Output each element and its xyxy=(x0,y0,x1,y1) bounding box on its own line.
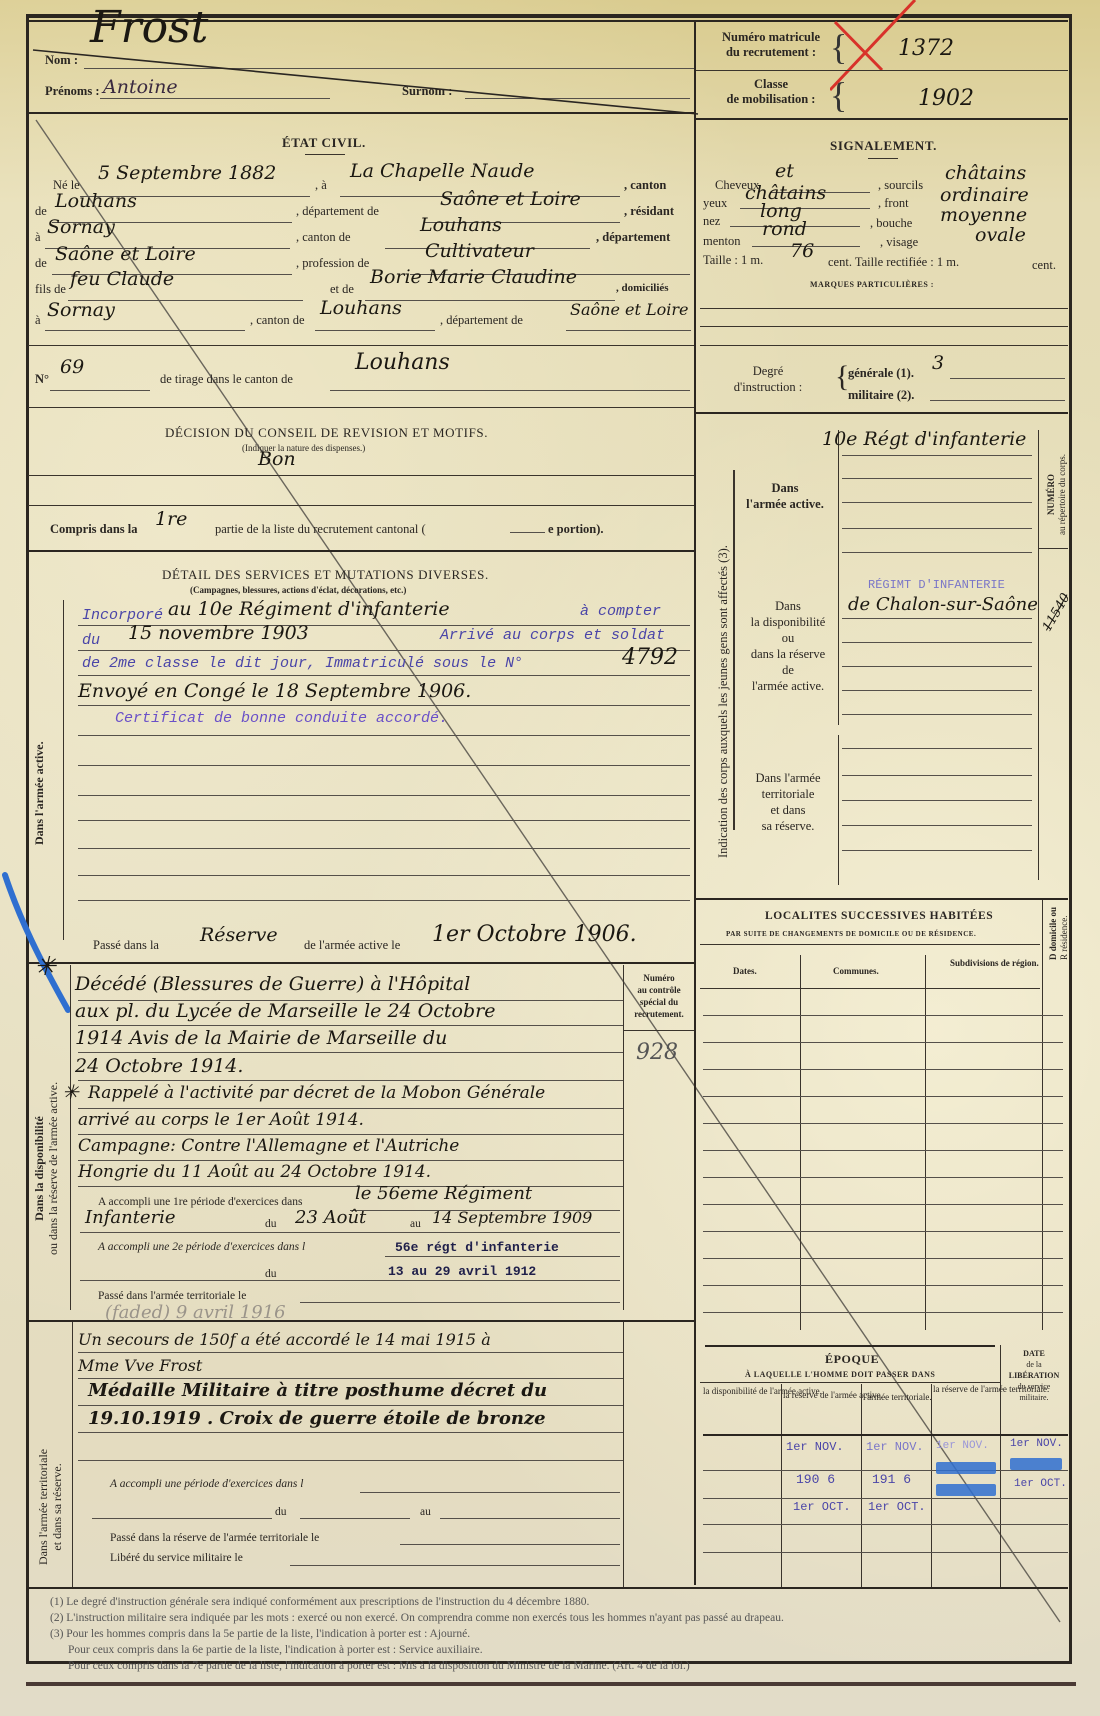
profession: Cultivateur xyxy=(425,240,534,262)
visage-value: ovale xyxy=(975,224,1026,246)
epoque-reserve-territoriale-1: 1er NOV. xyxy=(936,1440,989,1452)
etat-civil-title: ÉTAT CIVIL. xyxy=(282,135,366,151)
parents-canton: Louhans xyxy=(320,297,402,319)
localites-col-dates: Dates. xyxy=(733,966,757,976)
instruction-label: Degréd'instruction : xyxy=(718,363,818,395)
mother-name: Borie Marie Claudine xyxy=(370,266,577,288)
classe-label: Classede mobilisation : xyxy=(706,77,836,107)
periode1-value: le 56eme Régiment xyxy=(355,1183,532,1204)
footnote-1: (1) Le degré d'instruction générale sera… xyxy=(50,1596,589,1608)
epoque-territoriale-3: 1er OCT. xyxy=(868,1500,926,1514)
epoque-reserve-active-3: 1er OCT. xyxy=(793,1500,851,1514)
footnote-2: (2) L'instruction militaire sera indiqué… xyxy=(50,1612,784,1624)
taille-value: 76 xyxy=(790,240,814,262)
parents-residence: Sornay xyxy=(47,299,115,321)
disponibilite-line-7: Campagne: Contre l'Allemagne et l'Autric… xyxy=(78,1136,459,1156)
birthplace: La Chapelle Naude xyxy=(350,160,535,182)
liberation-3: 1er OCT. xyxy=(1014,1478,1067,1490)
signalement-title: SIGNALEMENT. xyxy=(830,138,937,154)
liberation-label: DATE de la LIBÉRATION du service militai… xyxy=(1004,1348,1064,1403)
periode1-du: 23 Août xyxy=(295,1207,366,1228)
periode2-dates: 13 au 29 avril 1912 xyxy=(388,1264,536,1279)
certificat-stamp: Certificat de bonne conduite accordé. xyxy=(115,710,448,727)
disponibilite-line-1: Décédé (Blessures de Guerre) à l'Hôpital xyxy=(75,973,470,995)
marques-label: MARQUES PARTICULIÈRES : xyxy=(810,280,934,289)
localites-col-subdivisions: Subdivisions de région. xyxy=(950,958,1020,969)
disponibilite-line-6: arrivé au corps le 1er Août 1914. xyxy=(78,1110,364,1130)
epoque-col-reserve-active: la réserve de l'armée active. xyxy=(783,1390,861,1401)
localites-side-label: D domicile ouR résidence. xyxy=(1048,907,1070,960)
instruction-generale-value: 3 xyxy=(932,352,944,374)
territoriale-line-1: Un secours de 150f a été accordé le 14 m… xyxy=(78,1330,491,1349)
passe-reserve-date: 1er Octobre 1906. xyxy=(432,922,637,947)
disponibilite-side-label: Dans la disponibilitéou dans la réserve … xyxy=(32,1082,60,1255)
epoque-col-reserve-territoriale: la réserve de l'armée territoriale. xyxy=(933,1384,999,1395)
birth-departement: Saône et Loire xyxy=(440,188,581,210)
menton-value: rond xyxy=(762,218,807,240)
disponibilite-line-8: Hongrie du 11 Août au 24 Octobre 1914. xyxy=(78,1162,431,1182)
asterisk-mark: ✳ xyxy=(34,952,56,982)
periode1-au: 14 Septembre 1909 xyxy=(432,1208,592,1227)
corps-dispo-label: Dans la disponibilité ou dans la réserve… xyxy=(738,598,838,694)
epoque-territoriale-1: 1er NOV. xyxy=(866,1440,924,1454)
tirage-number: 69 xyxy=(60,356,84,378)
cheveux-value: et xyxy=(775,160,794,182)
services-side-label: Dans l'armée active. xyxy=(32,741,47,845)
territoriale-line-2: Mme Vve Frost xyxy=(78,1356,202,1375)
disponibilite-line-3: 1914 Avis de la Mairie de Marseille du xyxy=(75,1027,447,1049)
epoque-reserve-active-1: 1er NOV. xyxy=(786,1440,844,1454)
residence-canton: Louhans xyxy=(420,214,502,236)
birth-date: 5 Septembre 1882 xyxy=(98,162,276,184)
repertoire-label: NUMÉROau répertoire du corps. xyxy=(1046,454,1068,535)
bouche-value: moyenne xyxy=(940,204,1027,226)
service-line-2-hand: 15 novembre 1903 xyxy=(128,622,309,644)
residence-departement: Saône et Loire xyxy=(55,243,196,265)
front-value: ordinaire xyxy=(940,184,1029,206)
corps-dispo-stamp: RÉGIMT D'INFANTERIE xyxy=(868,578,1005,592)
matricule-value: 1372 xyxy=(898,36,954,61)
disponibilite-line-2: aux pl. du Lycée de Marseille le 24 Octo… xyxy=(75,1000,495,1022)
birth-canton: Louhans xyxy=(55,190,137,212)
territoriale-line-3: Médaille Militaire à titre posthume décr… xyxy=(88,1380,547,1401)
register-page: Nom : Frost Prénoms : Antoine Surnom : N… xyxy=(0,0,1100,1716)
passe-reserve-value: Réserve xyxy=(200,924,278,946)
corps-active-label: Dansl'armée active. xyxy=(740,480,830,512)
parents-departement: Saône et Loire xyxy=(570,300,688,319)
matricule-label: Numéro matriculedu recrutement : xyxy=(706,30,836,60)
localites-title: LOCALITES SUCCESSIVES HABITÉES xyxy=(765,910,993,922)
service-line-4-hand: Envoyé en Congé le 18 Septembre 1906. xyxy=(78,680,471,702)
corps-dispo-value: de Chalon-sur-Saône xyxy=(848,594,1038,615)
decision-title: DÉCISION DU CONSEIL DE REVISION ET MOTIF… xyxy=(165,425,488,441)
corps-vertical-label: Indication des corps auxquels les jeunes… xyxy=(716,545,731,858)
footnote-5: Pour ceux compris dans la 7e partie de l… xyxy=(68,1660,690,1672)
numero-controle-label: Numéro au contrôle spécial du recrutemen… xyxy=(626,972,692,1020)
blue-marker-stripe xyxy=(936,1462,996,1474)
disponibilite-line-4: 24 Octobre 1914. xyxy=(75,1055,243,1077)
epoque-territoriale-2: 191 6 xyxy=(872,1472,911,1487)
decision-value: Bon xyxy=(258,448,296,470)
territoriale-side-label: Dans l'armée territorialeet dans sa rése… xyxy=(36,1449,64,1565)
numero-controle-value: 928 xyxy=(636,1040,678,1065)
footnote-3: (3) Pour les hommes compris dans la 5e p… xyxy=(50,1628,470,1640)
epoque-col-territoriale: l'armée territoriale. xyxy=(863,1392,931,1403)
father-name: feu Claude xyxy=(70,268,174,290)
localites-col-communes: Communes. xyxy=(833,966,879,976)
immatricule-number: 4792 xyxy=(622,645,678,670)
compris-partie: 1re xyxy=(155,508,187,530)
epoque-col-disponibilite: la disponibilité de l'armée active. xyxy=(703,1386,781,1397)
classe-value: 1902 xyxy=(918,86,974,111)
liberation-1: 1er NOV. xyxy=(1010,1438,1063,1450)
epoque-title: ÉPOQUE xyxy=(825,1352,879,1367)
disponibilite-line-5: Rappelé à l'activité par décret de la Mo… xyxy=(88,1083,545,1103)
tirage-canton: Louhans xyxy=(355,350,450,375)
services-title: DÉTAIL DES SERVICES ET MUTATIONS DIVERSE… xyxy=(162,567,489,583)
footnote-4: Pour ceux compris dans la 6e partie de l… xyxy=(68,1644,483,1656)
sourcils-value: châtains xyxy=(945,162,1026,184)
territoriale-line-4: 19.10.1919 . Croix de guerre étoile de b… xyxy=(88,1408,546,1429)
service-line-1-hand: au 10e Régiment d'infanterie xyxy=(168,598,450,620)
blue-pen-mark xyxy=(0,870,80,1020)
residence: Sornay xyxy=(47,216,115,238)
epoque-reserve-active-2: 190 6 xyxy=(796,1472,835,1487)
corps-active-value: 10e Régt d'infanterie xyxy=(822,428,1026,450)
blue-marker-stripe xyxy=(936,1484,996,1496)
corps-territoriale-label: Dans l'armée territoriale et dans sa rés… xyxy=(738,770,838,834)
periode2-stamp: 56e régt d'infanterie xyxy=(395,1240,559,1255)
